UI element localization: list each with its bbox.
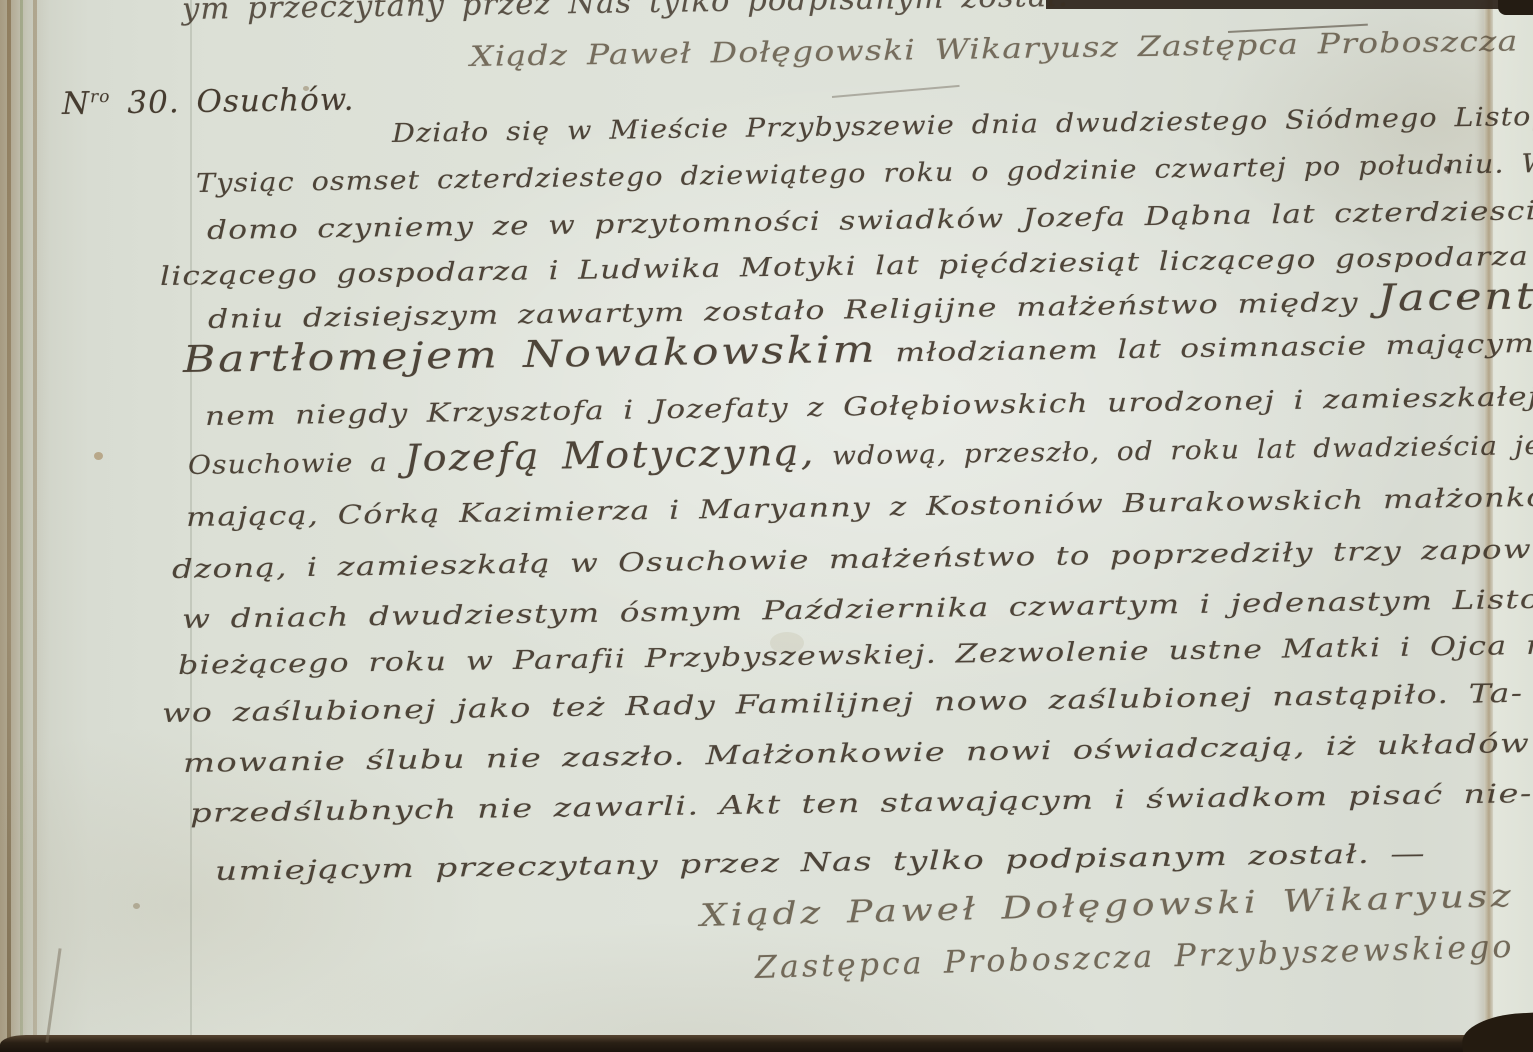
scan-dark-edge-top (1046, 0, 1533, 9)
register-page-scan: ym przeczytany przez Nas tylko podpisany… (0, 0, 1533, 1052)
act-place: Osuchów. (196, 82, 355, 120)
line-text-emphasis: Jacentym (1377, 273, 1533, 319)
ink-flourish-line (832, 85, 960, 98)
line-text: Zastępca Proboszcza Przybyszewskiego (754, 929, 1514, 986)
line-text: Osuchowie a (188, 448, 405, 481)
line-text: Xiądz Paweł Dołęgowski Wikaryusz (700, 878, 1515, 934)
binding-edge-line (33, 0, 37, 1052)
scan-dark-edge-bottom (0, 1035, 1533, 1052)
binding-edge-line (7, 0, 11, 1052)
scan-dark-corner-top-right (1498, 0, 1533, 15)
handwritten-priest-signature: Xiądz Paweł Dołęgowski Wikaryusz (700, 878, 1515, 934)
line-text: młodzianem lat osimnascie mającym Sy- (877, 328, 1533, 369)
act-number-margin-note: Nro 30. Osuchów. (62, 82, 355, 122)
paper-stain (94, 452, 103, 460)
paper-stain (133, 903, 140, 909)
handwritten-priest-title-signature: Zastępca Proboszcza Przybyszewskiego (754, 929, 1514, 986)
handwritten-clerk-signature-top: Xiądz Paweł Dołęgowski Wikaryusz Zastępc… (470, 24, 1519, 73)
line-text: mającą, Córką Kazimierza i Maryanny z Ko… (186, 481, 1533, 533)
line-text: Xiądz Paweł Dołęgowski Wikaryusz Zastępc… (470, 24, 1519, 73)
line-text: przedślubnych nie zawarli. Akt ten stawa… (190, 779, 1533, 829)
act-number-value: 30. (127, 84, 180, 121)
line-text-emphasis: Bartłomejem Nowakowskim (183, 328, 878, 381)
act-number-n: N (62, 86, 91, 122)
scan-dark-corner-bottom-right (1461, 1012, 1533, 1052)
line-text: umiejącym przeczytany przez Nas tylko po… (215, 839, 1426, 887)
line-text: ym przeczytany przez Nas tylko podpisany… (182, 0, 1069, 27)
binding-edge-line (20, 0, 23, 1052)
line-text: wdową, przeszło, od roku lat dwadzieścia… (815, 430, 1533, 472)
handwritten-line-top-partial: ym przeczytany przez Nas tylko podpisany… (182, 0, 1069, 27)
act-number-sup: ro (90, 87, 111, 107)
handwritten-line: umiejącym przeczytany przez Nas tylko po… (215, 828, 1426, 889)
line-text-emphasis: Jozefą Motyczyną, (404, 431, 816, 480)
